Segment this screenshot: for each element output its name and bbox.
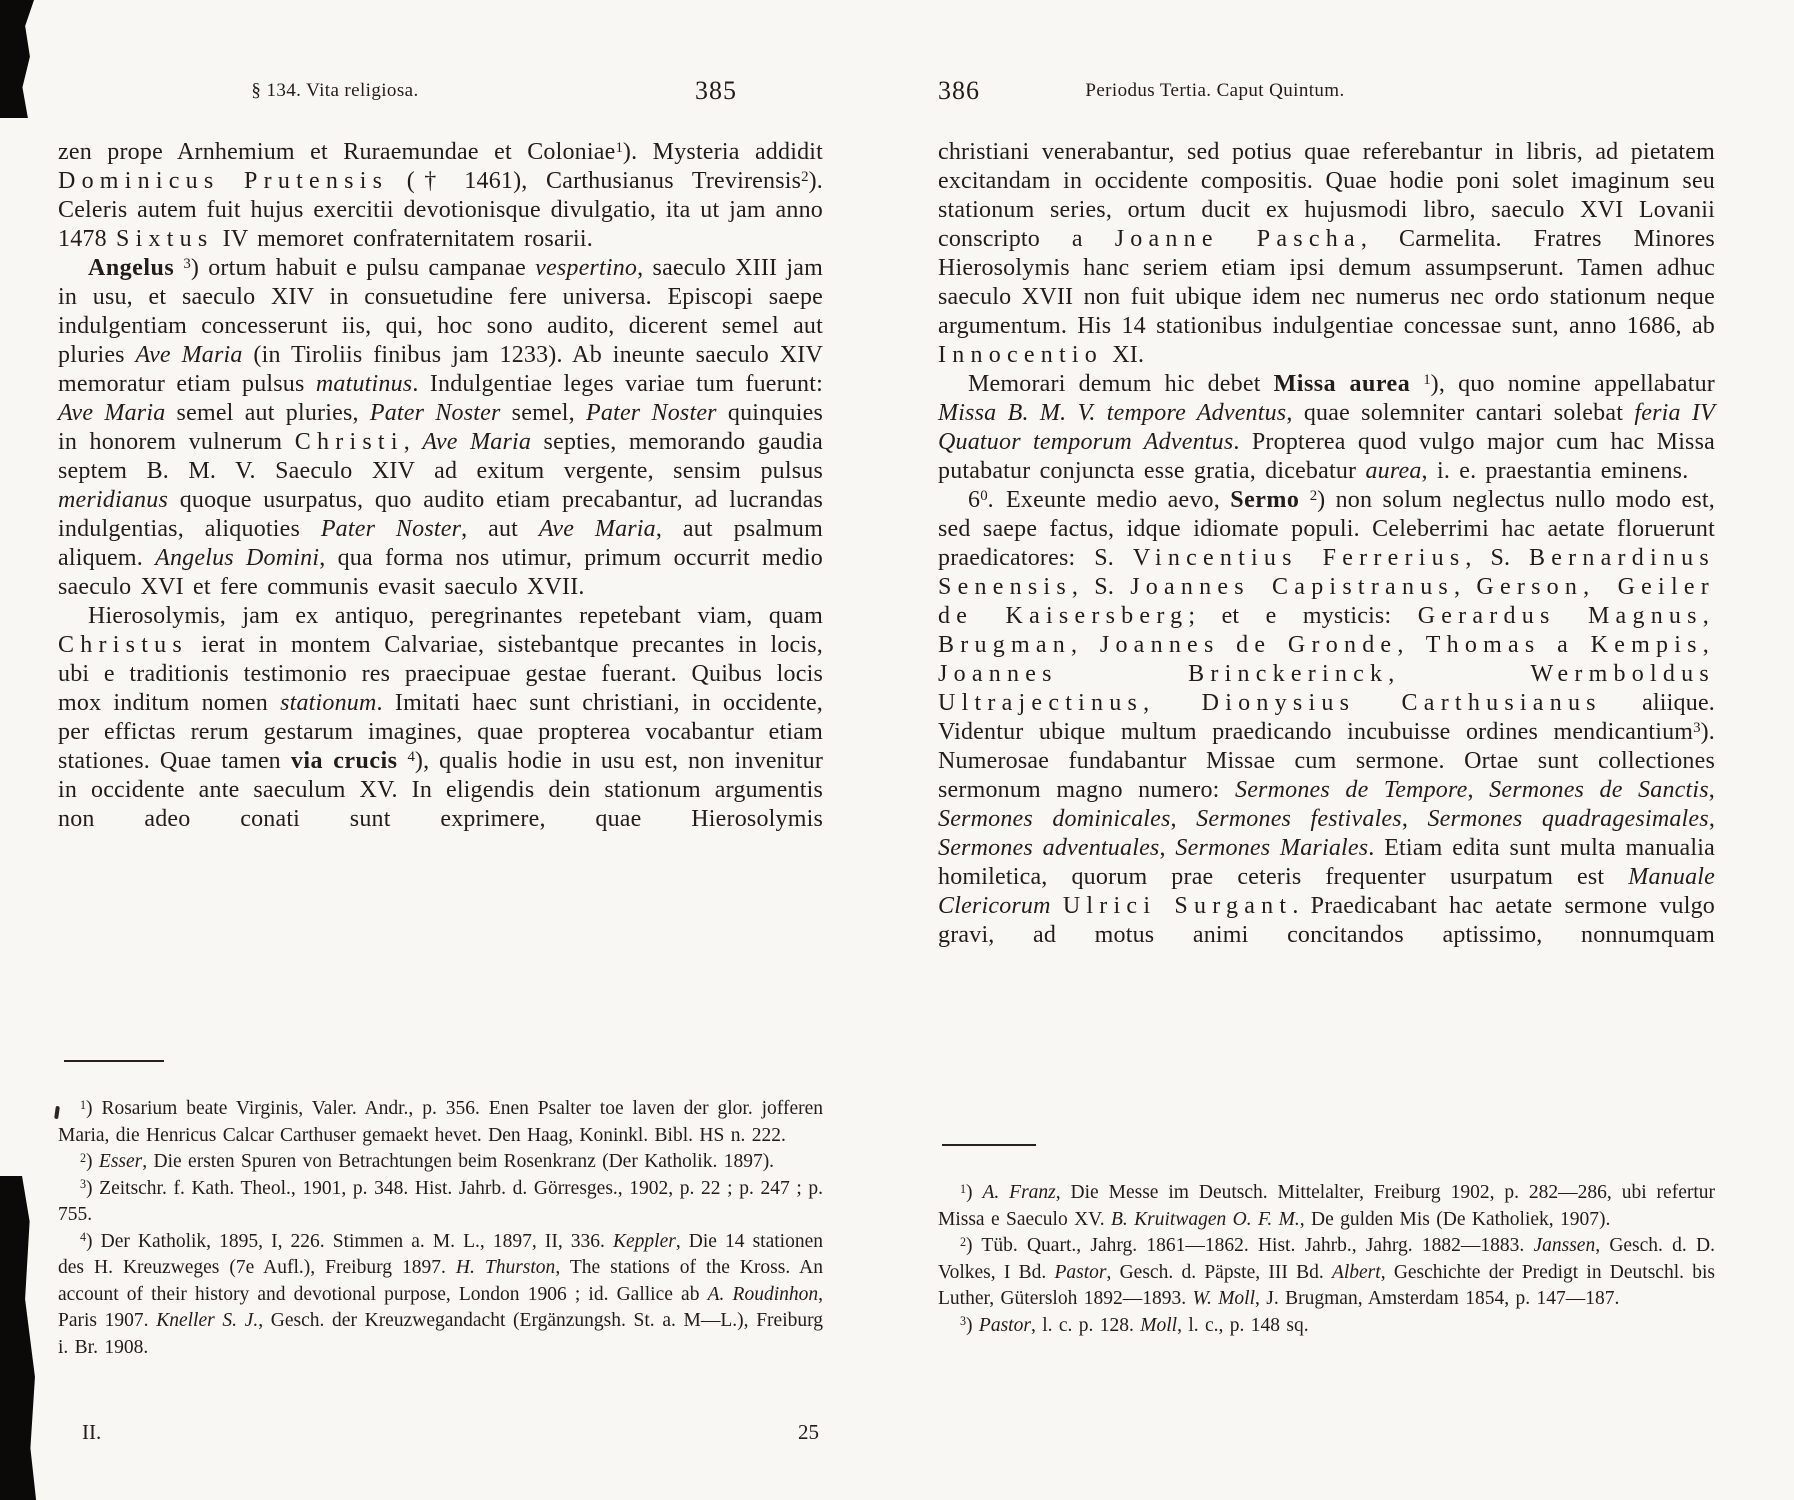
text-run: , xyxy=(1709,806,1715,832)
text-run: ) xyxy=(86,1151,99,1172)
text-run: 1 xyxy=(80,1098,86,1112)
text-run: Esser xyxy=(99,1151,142,1172)
text-run: 2 xyxy=(801,169,808,185)
text-run: ). Mysteria addidit xyxy=(623,139,823,165)
text-run: 3 xyxy=(960,1314,966,1328)
page-number-386: 386 xyxy=(938,76,980,106)
text-run: . Indulgentiae leges variae tum fuerunt: xyxy=(412,371,823,397)
text-run: meridianus xyxy=(58,487,168,513)
text-run: 1 xyxy=(1423,372,1430,388)
page-number-385: 385 xyxy=(695,76,737,106)
signature-number: 25 xyxy=(798,1420,819,1445)
text-run: , Die ersten Spuren von Betrachtungen be… xyxy=(142,1151,774,1172)
text-run: Albert xyxy=(1332,1262,1381,1283)
paragraph: 60. Exeunte medio aevo, Sermo 2) non sol… xyxy=(938,486,1715,950)
text-run: , xyxy=(1709,777,1715,803)
text-run: ) ortum habuit e pulsu campanae xyxy=(191,255,535,281)
footnote-separator xyxy=(942,1144,1036,1146)
text-run: , xyxy=(1159,835,1175,861)
page-385-footnotes: 1) Rosarium beate Virginis, Valer. Andr.… xyxy=(58,1096,823,1361)
text-run: Kneller S. J. xyxy=(156,1310,258,1331)
text-run: 2 xyxy=(960,1235,966,1249)
text-run: Missa B. M. V. tempore Adventus xyxy=(938,400,1286,426)
text-run: Memorari demum hic debet xyxy=(968,371,1274,397)
text-run xyxy=(398,748,408,774)
text-run: Christi xyxy=(295,429,404,455)
text-run: 1 xyxy=(960,1182,966,1196)
text-run: semel, xyxy=(501,400,587,426)
paragraph: Memorari demum hic debet Missa aurea 1),… xyxy=(938,370,1715,486)
text-run: vespertino xyxy=(535,255,637,281)
text-run: B. Kruitwagen O. F. M. xyxy=(1111,1209,1300,1230)
text-run: († 1461), Carthusianus Trevirensis xyxy=(388,168,801,194)
text-run: Sermones Mariales xyxy=(1175,835,1368,861)
text-run: H. Thurston xyxy=(456,1257,555,1278)
text-run: ) Der Katholik, 1895, I, 226. Stimmen a.… xyxy=(86,1231,613,1252)
text-run: A. Franz xyxy=(982,1182,1055,1203)
footnote: 1) A. Franz, Die Messe im Deutsch. Mitte… xyxy=(938,1180,1715,1233)
text-run: , i. e. praestantia eminens. xyxy=(1422,458,1689,484)
text-run: Pater Noster xyxy=(586,400,717,426)
text-run: Sermo xyxy=(1230,487,1299,513)
text-run: A. Roudinhon xyxy=(708,1284,819,1305)
text-run: IV memoret confraternitatem rosarii. xyxy=(213,226,592,252)
volume-number: II. xyxy=(82,1420,101,1445)
text-run: ) Tüb. Quart., Jahrg. 1861—1862. Hist. J… xyxy=(966,1235,1533,1256)
text-run: , l. c., p. 148 sq. xyxy=(1177,1315,1309,1336)
text-run: Missa aurea xyxy=(1274,371,1411,397)
text-run: 4 xyxy=(407,749,414,765)
text-run: Angelus Domini xyxy=(155,545,319,571)
scan-edge-artifact-top xyxy=(0,0,34,118)
page-385-header: § 134. Vita religiosa. 385 xyxy=(58,76,823,110)
text-run: . Exeunte medio aevo, xyxy=(988,487,1231,513)
footnote: 4) Der Katholik, 1895, I, 226. Stimmen a… xyxy=(58,1229,823,1362)
text-run: Sermones dominicales xyxy=(938,806,1171,832)
text-run: Hierosolymis, jam ex antiquo, peregrinan… xyxy=(88,603,823,629)
text-run: Sermones de Sanctis xyxy=(1489,777,1709,803)
text-run: Janssen xyxy=(1533,1235,1595,1256)
text-run: ) Rosarium beate Virginis, Valer. Andr.,… xyxy=(58,1098,823,1146)
text-run: , xyxy=(1468,777,1490,803)
text-run: W. Moll xyxy=(1192,1288,1255,1309)
text-run xyxy=(1051,893,1063,919)
text-run: 2 xyxy=(1310,488,1317,504)
running-title: Periodus Tertia. Caput Quintum. xyxy=(1085,80,1344,102)
footnote: 3) Zeitschr. f. Kath. Theol., 1901, p. 3… xyxy=(58,1176,823,1229)
text-run: , xyxy=(1454,574,1476,600)
text-run: , quae solemniter cantari solebat xyxy=(1286,400,1634,426)
text-run: Pater Noster xyxy=(321,516,461,542)
paragraph: zen prope Arnhemium et Ruraemundae et Co… xyxy=(58,138,823,254)
page-385-footer: II. 25 xyxy=(82,1420,819,1445)
text-run xyxy=(1299,487,1309,513)
text-run: Angelus xyxy=(88,255,174,281)
text-run: , Gesch. d. Päpste, III Bd. xyxy=(1106,1262,1331,1283)
text-run xyxy=(174,255,183,281)
footnote-separator xyxy=(64,1060,164,1062)
text-run: , J. Brugman, Amsterdam 1854, p. 147—187… xyxy=(1255,1288,1619,1309)
text-run: 2 xyxy=(80,1151,86,1165)
text-run: 6 xyxy=(968,487,980,513)
text-run: 1 xyxy=(615,140,622,156)
text-run: Keppler xyxy=(613,1231,676,1252)
text-run: Dominicus Prutensis xyxy=(58,168,388,194)
text-run: Innocentio xyxy=(938,342,1103,368)
paragraph: christiani venerabantur, sed potius quae… xyxy=(938,138,1715,370)
page-385: § 134. Vita religiosa. 385 zen prope Arn… xyxy=(58,0,823,1500)
text-run: Sermones festivales xyxy=(1196,806,1402,832)
page-386-footnotes: 1) A. Franz, Die Messe im Deutsch. Mitte… xyxy=(938,1180,1715,1339)
text-run: ), quo nomine appellabatur xyxy=(1431,371,1715,397)
text-run: Joannes Capistranus xyxy=(1130,574,1454,600)
text-run: semel aut pluries, xyxy=(165,400,369,426)
text-run: Sermones adventuales xyxy=(938,835,1159,861)
text-run: Pastor xyxy=(1054,1262,1106,1283)
section-title: § 134. Vita religiosa. xyxy=(251,80,418,102)
text-run: zen prope Arnhemium et Ruraemundae et Co… xyxy=(58,139,615,165)
text-run: , S. xyxy=(1465,545,1529,571)
footnote: 1) Rosarium beate Virginis, Valer. Andr.… xyxy=(58,1096,823,1149)
page-386-body: christiani venerabantur, sed potius quae… xyxy=(938,138,1715,950)
footnote: 2) Esser, Die ersten Spuren von Betracht… xyxy=(58,1149,823,1176)
page-386: 386 Periodus Tertia. Caput Quintum. chri… xyxy=(938,0,1715,1500)
text-run: Ave Maria xyxy=(422,429,531,455)
text-run: ) xyxy=(966,1182,982,1203)
text-run: , aut xyxy=(461,516,539,542)
text-run: aurea xyxy=(1365,458,1421,484)
text-run: Moll xyxy=(1140,1315,1177,1336)
text-run: Christus xyxy=(58,632,188,658)
text-run: 4 xyxy=(80,1230,86,1244)
text-run: , xyxy=(1171,806,1197,832)
footnote: 3) Pastor, l. c. p. 128. Moll, l. c., p.… xyxy=(938,1313,1715,1340)
page-385-body: zen prope Arnhemium et Ruraemundae et Co… xyxy=(58,138,823,834)
text-run: Ave Maria xyxy=(539,516,656,542)
text-run: 3 xyxy=(183,256,190,272)
paragraph: Hierosolymis, jam ex antiquo, peregrinan… xyxy=(58,602,823,834)
text-run: , S. xyxy=(1072,574,1130,600)
text-run: 0 xyxy=(980,488,987,504)
text-run: Pastor xyxy=(979,1315,1031,1336)
text-run: Ulrici Surgant xyxy=(1063,893,1293,919)
text-run: 3 xyxy=(1693,720,1700,736)
text-run: Ave Maria xyxy=(58,400,165,426)
text-run: Sermones de Tempore xyxy=(1235,777,1468,803)
text-run: ) Zeitschr. f. Kath. Theol., 1901, p. 34… xyxy=(58,1178,823,1226)
text-run: Sixtus xyxy=(116,226,213,252)
text-run: XI. xyxy=(1103,342,1144,368)
text-run: matutinus xyxy=(316,371,412,397)
text-run: , l. c. p. 128. xyxy=(1031,1315,1140,1336)
text-run: via crucis xyxy=(291,748,398,774)
text-run: Vincentius Ferrerius xyxy=(1133,545,1466,571)
text-run: Sermones quadragesimales xyxy=(1427,806,1708,832)
text-run: , xyxy=(404,429,423,455)
text-run: , xyxy=(1402,806,1428,832)
text-run: ; et e mysticis: xyxy=(1188,603,1417,629)
scan-edge-artifact-bottom xyxy=(0,1176,38,1500)
text-run: , De gulden Mis (De Katholiek, 1907). xyxy=(1300,1209,1611,1230)
footnote: 2) Tüb. Quart., Jahrg. 1861—1862. Hist. … xyxy=(938,1233,1715,1313)
text-run: Pater Noster xyxy=(370,400,501,426)
text-run: ) xyxy=(966,1315,979,1336)
page-386-header: 386 Periodus Tertia. Caput Quintum. xyxy=(938,76,1715,110)
text-run: stationum xyxy=(280,690,376,716)
text-run: 3 xyxy=(80,1177,86,1191)
paragraph: Angelus 3) ortum habuit e pulsu campanae… xyxy=(58,254,823,602)
text-run: Joanne Pascha xyxy=(1115,226,1361,252)
text-run: Ave Maria xyxy=(136,342,243,368)
text-run xyxy=(1410,371,1423,397)
